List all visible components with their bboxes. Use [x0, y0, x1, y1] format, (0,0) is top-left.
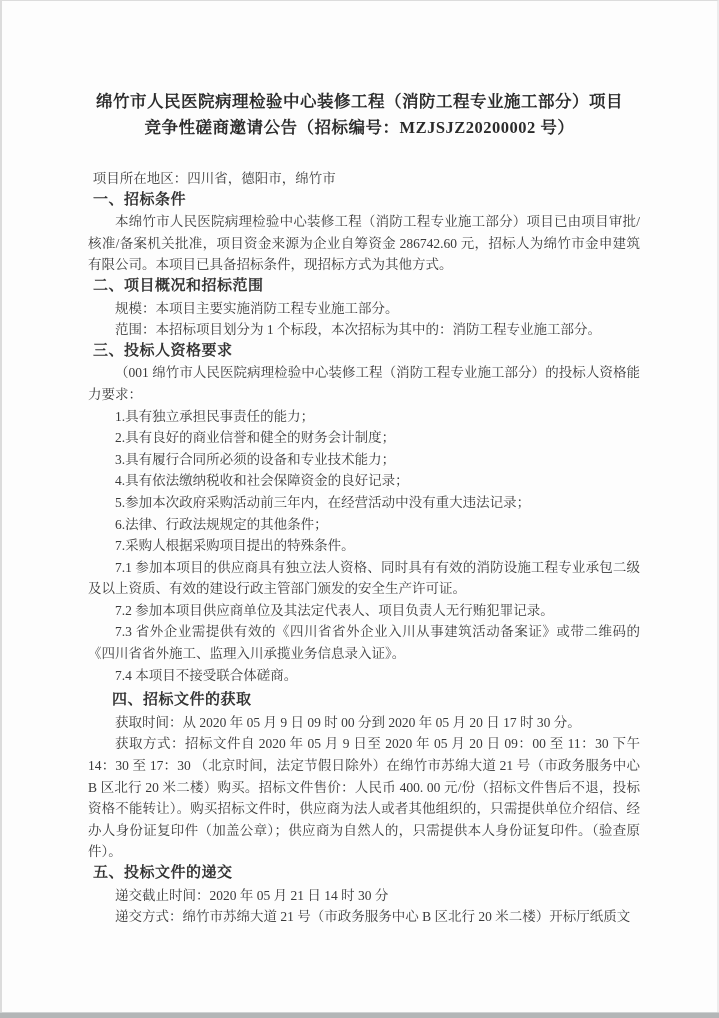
- body-paragraph: （001 绵竹市人民医院病理检验中心装修工程（消防工程专业施工部分）的投标人资格…: [88, 362, 640, 405]
- body-paragraph: 5.参加本次政府采购活动前三年内，在经营活动中没有重大违法记录；: [88, 492, 640, 514]
- document-page: 绵竹市人民医院病理检验中心装修工程（消防工程专业施工部分）项目 竞争性磋商邀请公…: [0, 0, 719, 1013]
- document-body: 项目所在地区：四川省，德阳市，绵竹市一、招标条件本绵竹市人民医院病理检验中心装修…: [88, 168, 640, 928]
- body-paragraph: 2.具有良好的商业信誉和健全的财务会计制度；: [88, 427, 640, 449]
- body-paragraph: 规模：本项目主要实施消防工程专业施工部分。: [88, 298, 640, 320]
- body-paragraph: 本绵竹市人民医院病理检验中心装修工程（消防工程专业施工部分）项目已由项目审批/核…: [88, 211, 640, 276]
- body-paragraph: 7.3 省外企业需提供有效的《四川省省外企业入川从事建筑活动备案证》或带二维码的…: [88, 621, 640, 664]
- section-heading: 三、投标人资格要求: [93, 341, 640, 363]
- section-heading: 一、招标条件: [93, 190, 640, 212]
- body-paragraph: 7.1 参加本项目的供应商具有独立法人资格、同时具有有效的消防设施工程专业承包二…: [88, 557, 640, 600]
- body-paragraph: 范围：本招标项目划分为 1 个标段，本次招标为其中的：消防工程专业施工部分。: [88, 319, 640, 341]
- section-heading: 二、项目概况和招标范围: [93, 276, 640, 298]
- scan-bottom-edge: [0, 1012, 719, 1018]
- body-paragraph: 1.具有独立承担民事责任的能力；: [88, 406, 640, 428]
- body-paragraph: 7.2 参加本项目供应商单位及其法定代表人、项目负责人无行贿犯罪记录。: [88, 600, 640, 622]
- body-paragraph: 获取方式：招标文件自 2020 年 05 月 9 日至 2020 年 05 月 …: [88, 733, 640, 863]
- document-title: 绵竹市人民医院病理检验中心装修工程（消防工程专业施工部分）项目 竞争性磋商邀请公…: [42, 89, 677, 141]
- body-paragraph: 递交截止时间：2020 年 05 月 21 日 14 时 30 分: [88, 885, 640, 907]
- body-paragraph: 项目所在地区：四川省，德阳市，绵竹市: [88, 168, 640, 190]
- body-paragraph: 递交方式：绵竹市苏绵大道 21 号（市政务服务中心 B 区北行 20 米二楼）开…: [88, 906, 640, 928]
- section-heading: 四、招标文件的获取: [112, 690, 640, 712]
- body-paragraph: 获取时间：从 2020 年 05 月 9 日 09 时 00 分到 2020 年…: [88, 712, 640, 734]
- body-paragraph: 7.4 本项目不接受联合体磋商。: [88, 665, 640, 687]
- title-line-2: 竞争性磋商邀请公告（招标编号：MZJSJZ20200002 号）: [42, 115, 677, 141]
- body-paragraph: 7.采购人根据采购项目提出的特殊条件。: [88, 535, 640, 557]
- scanned-document: 绵竹市人民医院病理检验中心装修工程（消防工程专业施工部分）项目 竞争性磋商邀请公…: [0, 0, 719, 1018]
- section-heading: 五、投标文件的递交: [93, 863, 640, 885]
- body-paragraph: 4.具有依法缴纳税收和社会保障资金的良好记录；: [88, 470, 640, 492]
- title-line-1: 绵竹市人民医院病理检验中心装修工程（消防工程专业施工部分）项目: [42, 89, 677, 115]
- body-paragraph: 3.具有履行合同所必须的设备和专业技术能力；: [88, 449, 640, 471]
- body-paragraph: 6.法律、行政法规规定的其他条件；: [88, 514, 640, 536]
